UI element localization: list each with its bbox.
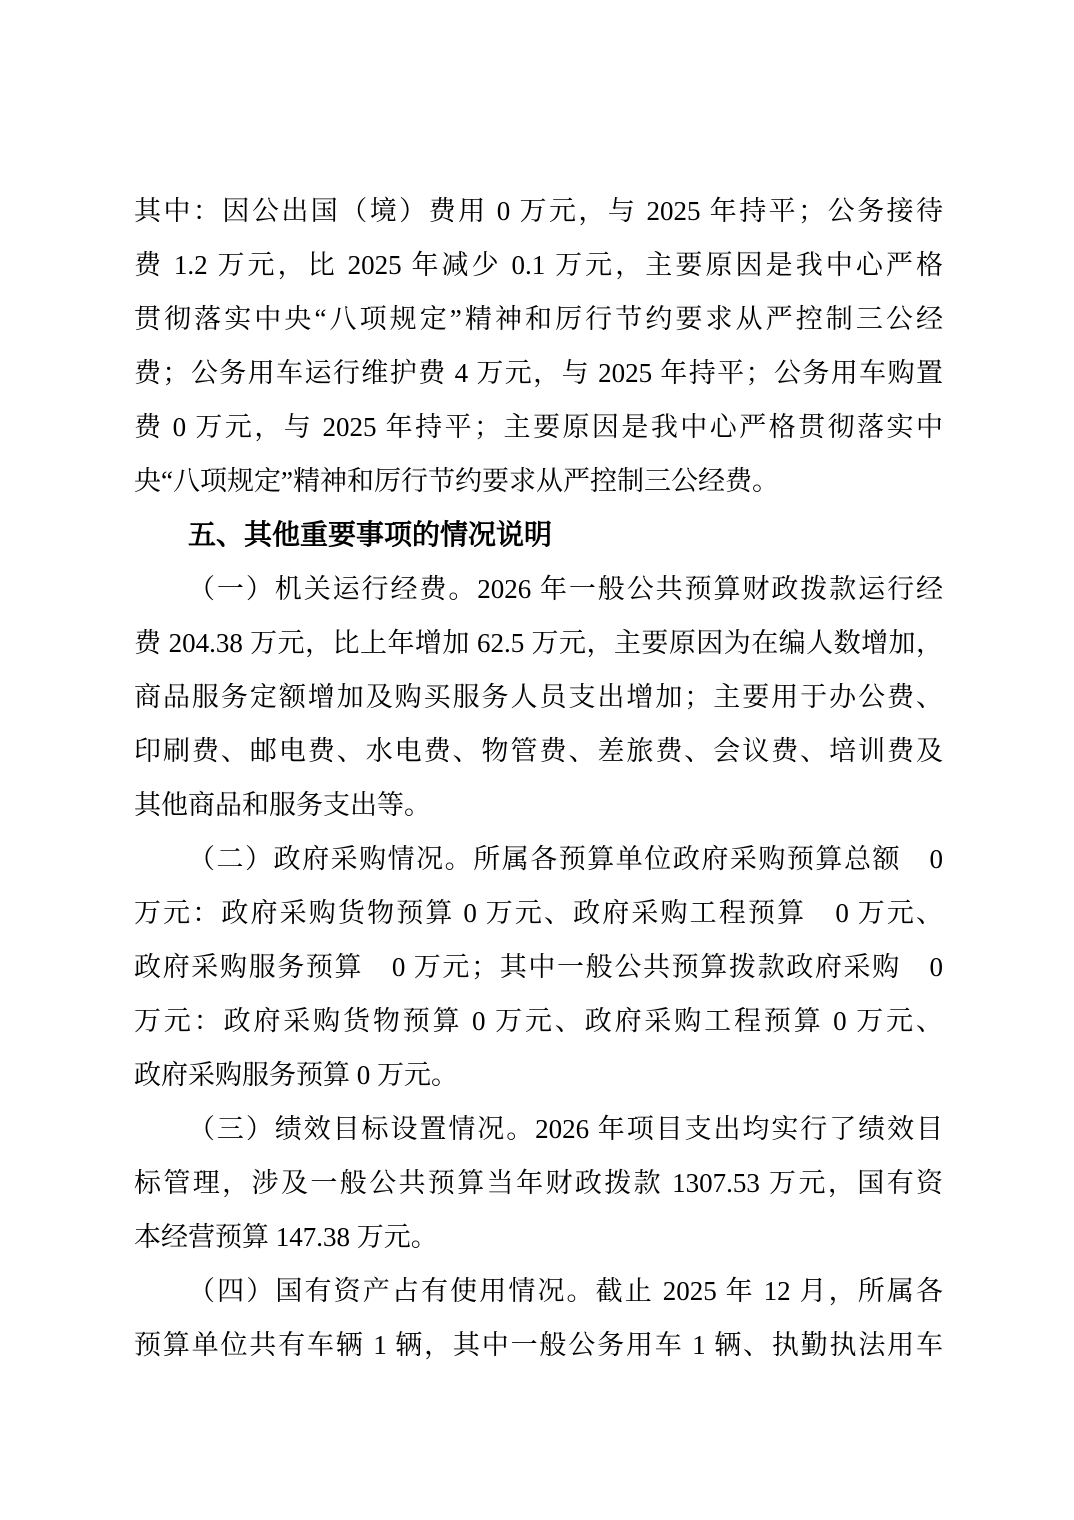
para-2-government-procurement-line-5: 政府采购服务预算 0 万元。 [134,1048,943,1102]
para-3-performance-targets-line-1: （三）绩效目标设置情况。2026 年项目支出均实行了绩效目 [134,1102,943,1156]
para-2-government-procurement-line-3: 政府采购服务预算 0 万元；其中一般公共预算拨款政府采购 0 [134,940,943,994]
para-1-agency-operating-expenses-line-5: 其他商品和服务支出等。 [134,778,943,832]
para-three-public-expenses-continuation-line-6: 央“八项规定”精神和厉行节约要求从严控制三公经费。 [134,454,943,508]
document-page: 其中：因公出国（境）费用 0 万元，与 2025 年持平；公务接待费 1.2 万… [0,0,1074,1520]
para-2-government-procurement-line-1: （二）政府采购情况。所属各预算单位政府采购预算总额 0 [134,832,943,886]
para-1-agency-operating-expenses-line-2: 费 204.38 万元，比上年增加 62.5 万元，主要原因为在编人数增加， [134,616,943,670]
para-three-public-expenses-continuation-line-1: 其中：因公出国（境）费用 0 万元，与 2025 年持平；公务接待 [134,184,943,238]
para-2-government-procurement-line-2: 万元：政府采购货物预算 0 万元、政府采购工程预算 0 万元、 [134,886,943,940]
para-three-public-expenses-continuation-line-2: 费 1.2 万元，比 2025 年减少 0.1 万元，主要原因是我中心严格 [134,238,943,292]
section-heading-other-important-matters: 五、其他重要事项的情况说明 [134,508,943,562]
para-4-state-owned-assets-line-1: （四）国有资产占有使用情况。截止 2025 年 12 月，所属各 [134,1264,943,1318]
para-1-agency-operating-expenses-line-3: 商品服务定额增加及购买服务人员支出增加；主要用于办公费、 [134,670,943,724]
para-three-public-expenses-continuation-line-4: 费；公务用车运行维护费 4 万元，与 2025 年持平；公务用车购置 [134,346,943,400]
para-3-performance-targets-line-3: 本经营预算 147.38 万元。 [134,1210,943,1264]
para-three-public-expenses-continuation-line-5: 费 0 万元，与 2025 年持平；主要原因是我中心严格贯彻落实中 [134,400,943,454]
para-1-agency-operating-expenses-line-1: （一）机关运行经费。2026 年一般公共预算财政拨款运行经 [134,562,943,616]
para-2-government-procurement-line-4: 万元：政府采购货物预算 0 万元、政府采购工程预算 0 万元、 [134,994,943,1048]
para-4-state-owned-assets-line-2: 预算单位共有车辆 1 辆，其中一般公务用车 1 辆、执勤执法用车 [134,1318,943,1372]
para-1-agency-operating-expenses-line-4: 印刷费、邮电费、水电费、物管费、差旅费、会议费、培训费及 [134,724,943,778]
para-three-public-expenses-continuation-line-3: 贯彻落实中央“八项规定”精神和厉行节约要求从严控制三公经 [134,292,943,346]
para-3-performance-targets-line-2: 标管理，涉及一般公共预算当年财政拨款 1307.53 万元，国有资 [134,1156,943,1210]
document-content: 其中：因公出国（境）费用 0 万元，与 2025 年持平；公务接待费 1.2 万… [134,184,943,1372]
